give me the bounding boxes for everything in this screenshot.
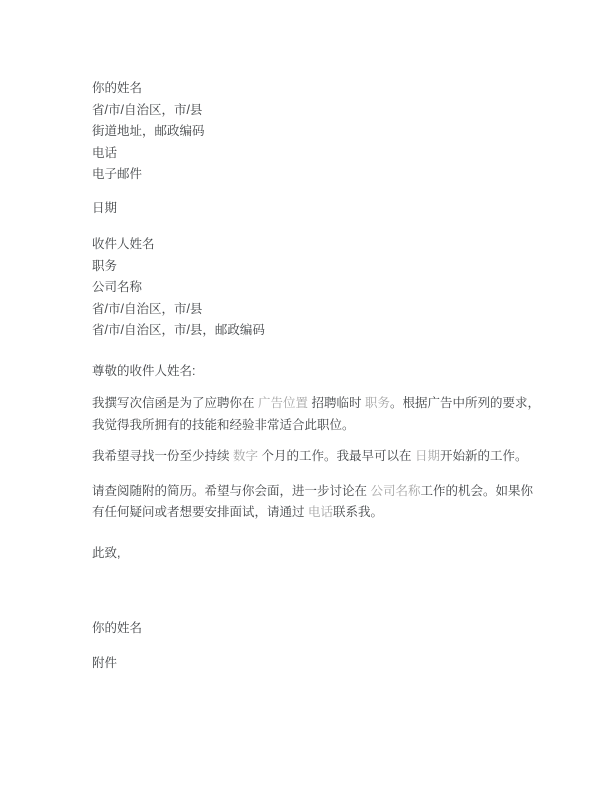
signature-name: 你的姓名 [92,618,544,640]
placeholder-company-name: 公司名称 [370,484,420,498]
recipient-region-postal-line: 省/市/自治区，市/县，邮政编码 [92,320,544,342]
placeholder-ad-position: 广告位置 [258,396,308,410]
body-paragraph-1: 我撰写次信函是为了应聘你在 广告位置 招聘临时 职务。根据广告中所列的要求，我觉… [92,393,544,436]
closing-block: 此致, [92,543,544,565]
sender-phone-line: 电话 [92,143,544,165]
placeholder-date: 日期 [415,449,440,463]
sender-name-line: 你的姓名 [92,78,544,100]
sender-email-line: 电子邮件 [92,164,544,186]
recipient-name-line: 收件人姓名 [92,234,544,256]
recipient-region-line: 省/市/自治区，市/县 [92,299,544,321]
p2-text-3: 开始新的工作。 [440,449,528,463]
body-paragraph-3: 请查阅随附的简历。希望与你会面，进一步讨论在 公司名称工作的机会。如果你有任何疑… [92,481,544,524]
recipient-company-line: 公司名称 [92,277,544,299]
date-line: 日期 [92,198,544,220]
recipient-block: 收件人姓名 职务 公司名称 省/市/自治区，市/县 省/市/自治区，市/县，邮政… [92,234,544,342]
letter-document: 你的姓名 省/市/自治区，市/县 街道地址，邮政编码 电话 电子邮件 日期 收件… [0,0,616,800]
p1-text-2: 招聘临时 [308,396,365,410]
placeholder-phone: 电话 [308,505,333,519]
recipient-title-line: 职务 [92,256,544,278]
enclosure-label: 附件 [92,653,544,675]
placeholder-job-title: 职务 [365,396,390,410]
salutation-block: 尊敬的收件人姓名: [92,361,544,383]
sender-block: 你的姓名 省/市/自治区，市/县 街道地址，邮政编码 电话 电子邮件 [92,78,544,186]
p2-text-1: 我希望寻找一份至少持续 [92,449,233,463]
signature-block: 你的姓名 [92,618,544,640]
salutation: 尊敬的收件人姓名: [92,361,544,383]
p2-text-2: 个月的工作。我最早可以在 [258,449,415,463]
p3-text-3: 联系我。 [333,505,383,519]
p3-text-1: 请查阅随附的简历。希望与你会面，进一步讨论在 [92,484,370,498]
date-block: 日期 [92,198,544,220]
p1-text-1: 我撰写次信函是为了应聘你在 [92,396,258,410]
letter-body: 你的姓名 省/市/自治区，市/县 街道地址，邮政编码 电话 电子邮件 日期 收件… [92,78,544,674]
sender-street-line: 街道地址，邮政编码 [92,121,544,143]
placeholder-number: 数字 [233,449,258,463]
closing: 此致, [92,543,544,565]
body-paragraph-2: 我希望寻找一份至少持续 数字 个月的工作。我最早可以在 日期开始新的工作。 [92,446,544,468]
sender-region-line: 省/市/自治区，市/县 [92,100,544,122]
enclosure-block: 附件 [92,653,544,675]
